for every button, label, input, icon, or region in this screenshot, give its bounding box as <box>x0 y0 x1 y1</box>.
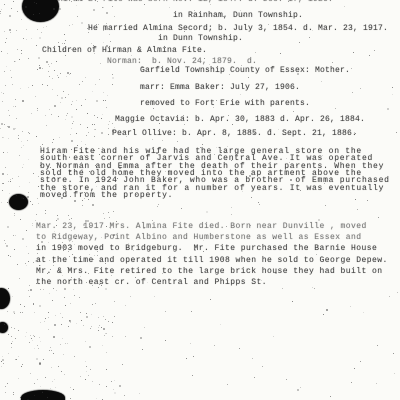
child-entry-maggie: Maggie Octavia: b. Apr. 30, 1883 d. Apr.… <box>115 116 365 124</box>
document-line: Mr. & Mrs. Fite retired to the large bri… <box>36 266 388 277</box>
document-line: the north east cr. of Central and Phipps… <box>36 277 388 288</box>
document-line: to Ridgeway, Point Albino and Humberston… <box>36 232 388 243</box>
document-line: moved from the property. <box>40 192 390 199</box>
scanned-document-page: Hiram E. Fite was born Nov. 12, 1847. d.… <box>0 0 400 400</box>
hole-punch-mark <box>21 390 65 400</box>
document-line: marr: Emma Baker: July 27, 1906. <box>140 84 300 92</box>
document-line: in 1903 moved to Bridgeburg. Mr. Fite pu… <box>36 243 388 254</box>
store-paragraph: Hiram Fite and his wife had the large ge… <box>40 148 390 199</box>
document-line: removed to Fort Erie with parents. <box>140 100 310 108</box>
child-entry-pearl: Pearl Ollive: b. Apr. 8, 1885. d. Sept. … <box>112 130 357 138</box>
document-line: Garfield Township County of Essex: Mothe… <box>140 67 350 75</box>
hole-punch-mark <box>22 0 59 22</box>
document-line: in Dunn Township. <box>158 35 243 43</box>
scan-noise <box>0 0 2 2</box>
hole-punch-mark <box>0 322 8 333</box>
hole-punch-mark <box>9 194 28 210</box>
children-heading: Children of Hirman & Almina Fite. <box>42 47 207 55</box>
document-line: He married Almina Secord; b. July 3, 185… <box>88 25 388 33</box>
retirement-paragraph: Mar. 23, 1917 Mrs. Almina Fite died. Bor… <box>36 221 388 288</box>
child-entry-norman: Norman: b. Nov. 24, 1879. d. <box>107 58 257 66</box>
hole-punch-mark <box>0 288 10 309</box>
document-line: Mar. 23, 1917 Mrs. Almina Fite died. Bor… <box>36 221 388 232</box>
document-line: Hiram E. Fite was born Nov. 12, 1847. d.… <box>58 0 333 4</box>
document-line: at the time and operated it till 1908 wh… <box>36 255 388 266</box>
document-line: in Rainham, Dunn Township. <box>173 12 303 20</box>
